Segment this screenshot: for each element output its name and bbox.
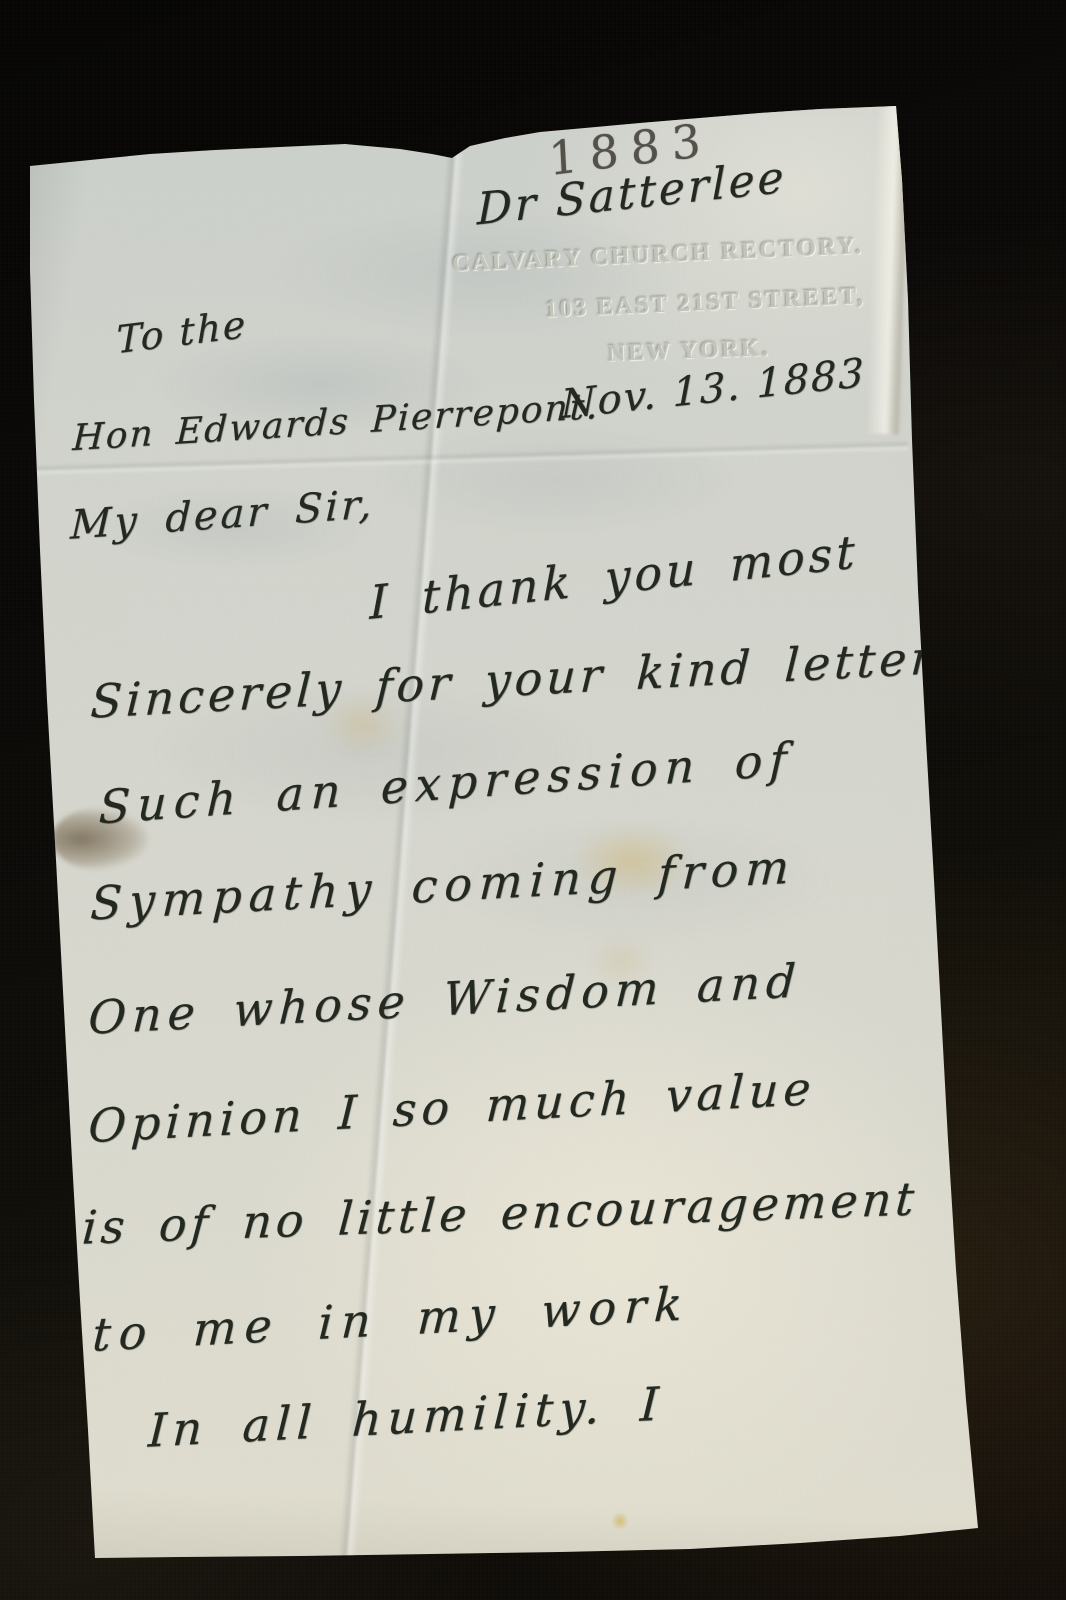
body-line: is of no little encouragement [80, 1171, 919, 1254]
letterhead-line2: 103 EAST 21ST STREET, [545, 283, 866, 324]
body-line: In all humility. I [147, 1376, 666, 1457]
recipient-to: To the [116, 302, 247, 362]
salutation: My dear Sir, [70, 481, 376, 548]
body-line: Sincerely for your kind letter. [89, 629, 951, 728]
letter-photograph: 1883 Dr Satterlee CALVARY CHURCH RECTORY… [0, 0, 1066, 1600]
recipient-name: Hon Edwards Pierrepont. [72, 386, 601, 459]
body-line: Such an expression of [98, 732, 794, 835]
body-line: One whose Wisdom and [87, 953, 803, 1045]
body-line: I thank you most [369, 524, 858, 630]
body-line: Opinion I so much value [87, 1061, 817, 1153]
letterhead-line1: CALVARY CHURCH RECTORY. [452, 233, 864, 278]
body-line: Sympathy coming from [89, 839, 797, 930]
body-line: to me in my work [91, 1276, 691, 1362]
edge-chip [612, 1512, 628, 1530]
